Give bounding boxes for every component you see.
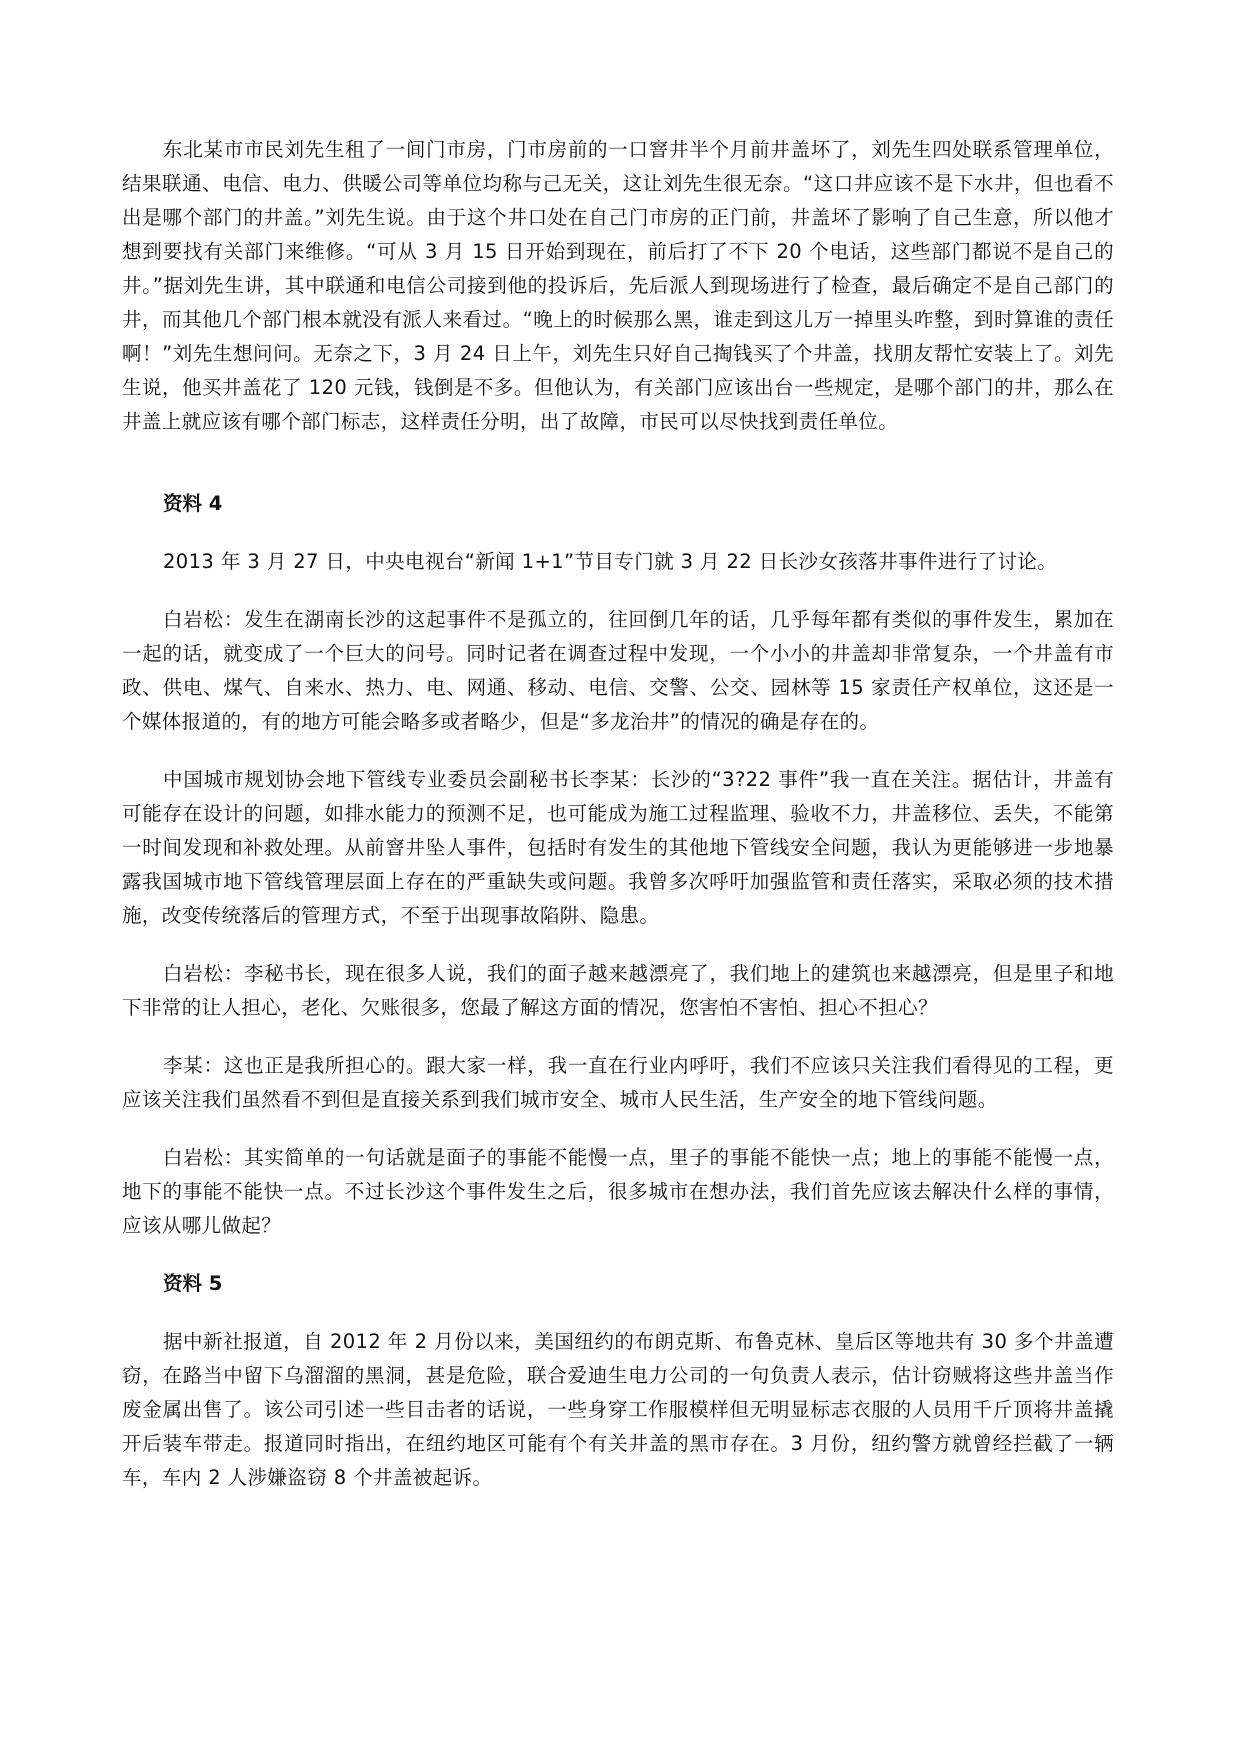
paragraph-li-expert-1: 中国城市规划协会地下管线专业委员会副秘书长李某：长沙的“3?22 事件”我一直在… <box>122 763 1114 933</box>
spacer <box>122 1025 1114 1049</box>
paragraph-cctv-news-discussion: 2013 年 3 月 27 日，中央电视台“新闻 1+1”节目专门就 3 月 2… <box>122 545 1114 579</box>
spacer <box>122 739 1114 763</box>
spacer <box>122 1117 1114 1141</box>
spacer <box>122 933 1114 957</box>
spacer <box>122 1301 1114 1325</box>
section-heading-material-5: 资料 5 <box>122 1267 1114 1301</box>
paragraph-new-york-manhole-theft: 据中新社报道，自 2012 年 2 月份以来，美国纽约的布朗克斯、布鲁克林、皇后… <box>122 1325 1114 1495</box>
spacer <box>122 579 1114 603</box>
paragraph-li-expert-2: 李某：这也正是我所担心的。跟大家一样，我一直在行业内呼吁，我们不应该只关注我们看… <box>122 1049 1114 1117</box>
spacer <box>122 439 1114 487</box>
paragraph-bai-yansong-2: 白岩松：李秘书长，现在很多人说，我们的面子越来越漂亮了，我们地上的建筑也来越漂亮… <box>122 957 1114 1025</box>
document-page: 东北某市市民刘先生租了一间门市房，门市房前的一口窨井半个月前井盖坏了，刘先生四处… <box>122 133 1114 1495</box>
spacer <box>122 521 1114 545</box>
paragraph-bai-yansong-3: 白岩松：其实简单的一句话就是面子的事能不能慢一点，里子的事能不能快一点；地上的事… <box>122 1141 1114 1243</box>
spacer <box>122 1243 1114 1267</box>
paragraph-bai-yansong-1: 白岩松：发生在湖南长沙的这起事件不是孤立的，往回倒几年的话，几乎每年都有类似的事… <box>122 603 1114 739</box>
paragraph-liu-manhole-cover: 东北某市市民刘先生租了一间门市房，门市房前的一口窨井半个月前井盖坏了，刘先生四处… <box>122 133 1114 439</box>
section-heading-material-4: 资料 4 <box>122 487 1114 521</box>
